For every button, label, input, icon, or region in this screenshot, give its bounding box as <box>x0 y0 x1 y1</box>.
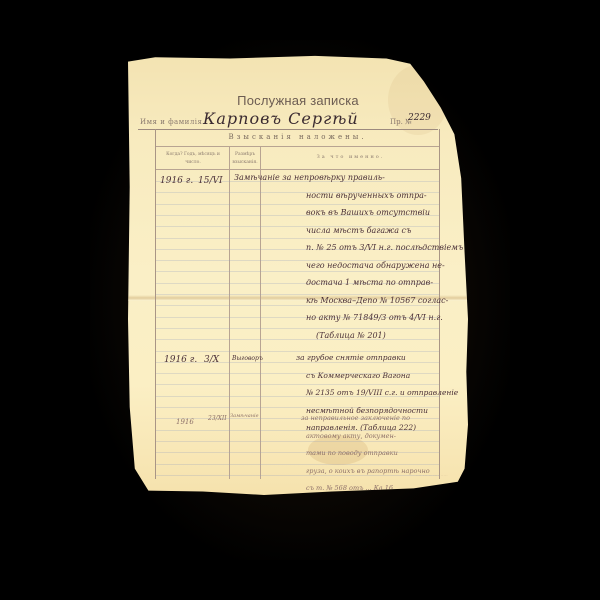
entry-size: Замѣчаніе <box>230 413 259 419</box>
entry-text-line: вокъ въ Вашихъ отсутствіи <box>306 208 430 217</box>
ruled-line <box>156 328 439 329</box>
column-header-reason: За что именно. <box>262 153 439 161</box>
entry-text-line: за неправильное заключеніе по <box>301 414 410 422</box>
ruled-line <box>156 441 439 442</box>
service-record-document: Послужная записка Имя и фамилія Карповъ … <box>128 55 468 495</box>
entry-text-line: актовому акту, докумен- <box>306 432 396 440</box>
column-header-when: Когда? Годъ, мѣсяцъ и число. <box>158 151 228 167</box>
ruled-line <box>156 339 439 340</box>
ruled-line <box>156 384 439 385</box>
name-value: Карповъ Сергѣй <box>203 109 359 128</box>
entry-text-line: п. № 25 отъ 3/VI н.г. послѣдствіемъ <box>306 243 463 252</box>
entry-text-line: ности вѣрученныхъ отпра- <box>306 191 427 200</box>
column-header-size: Размѣръ взысканія. <box>231 151 259 167</box>
entry-year: 1916 г. <box>160 176 193 186</box>
number-value: 2229 <box>408 113 431 123</box>
entry-year: 1916 г. <box>164 355 197 365</box>
entry-date: 23/XII <box>208 415 227 422</box>
entry-text-line: за грубое снятіе отправки <box>296 353 406 362</box>
divider <box>156 146 439 147</box>
ruled-line <box>156 271 439 272</box>
ruled-line <box>156 305 439 306</box>
divider <box>156 169 439 170</box>
ruled-line <box>156 475 439 476</box>
ruled-line <box>156 238 439 239</box>
entry-text-line: числа мѣстъ багажа съ <box>306 226 411 235</box>
entry-text-line: № 2135 отъ 19/VIII с.г. и отправленіе <box>306 388 458 397</box>
entry-text-line: Замѣчаніе за непровѣрку правиль- <box>234 173 385 182</box>
entry-text-line: достача 1 мѣста по отправ- <box>306 278 433 287</box>
entry-text-line: съ Коммерческаго Вагона <box>306 371 410 380</box>
entry-text-line: кѣ Москва–Депо № 10567 соглас- <box>306 296 448 305</box>
name-label: Имя и фамилія <box>140 118 202 126</box>
section-title: Взысканія наложены. <box>156 133 439 141</box>
entry-text-line: тами по поводу отправки <box>306 449 398 457</box>
document-title: Послужная записка <box>128 93 468 108</box>
entry-text-line: но акту № 71849/3 отъ 4/VI н.г. <box>306 313 443 322</box>
ruled-line <box>156 204 439 205</box>
printer-mark: ···· ··· ·· ···· ····· <box>416 473 448 477</box>
entry-date: 3/X <box>204 355 219 365</box>
entry-date: 15/VI <box>198 176 223 186</box>
entry-text-line: груза, о коихъ въ рапортѣ нарочно <box>306 467 430 475</box>
entry-year: 1916 <box>176 418 194 426</box>
ruled-line <box>156 464 439 465</box>
entry-size: Выговоръ <box>232 355 263 362</box>
entry-text-line: (Таблица № 201) <box>316 331 386 340</box>
ruled-line <box>156 351 439 352</box>
entry-text-line: чего недостача обнаружена не- <box>306 261 445 270</box>
penalties-table: Взысканія наложены. Когда? Годъ, мѣсяцъ … <box>155 129 440 479</box>
